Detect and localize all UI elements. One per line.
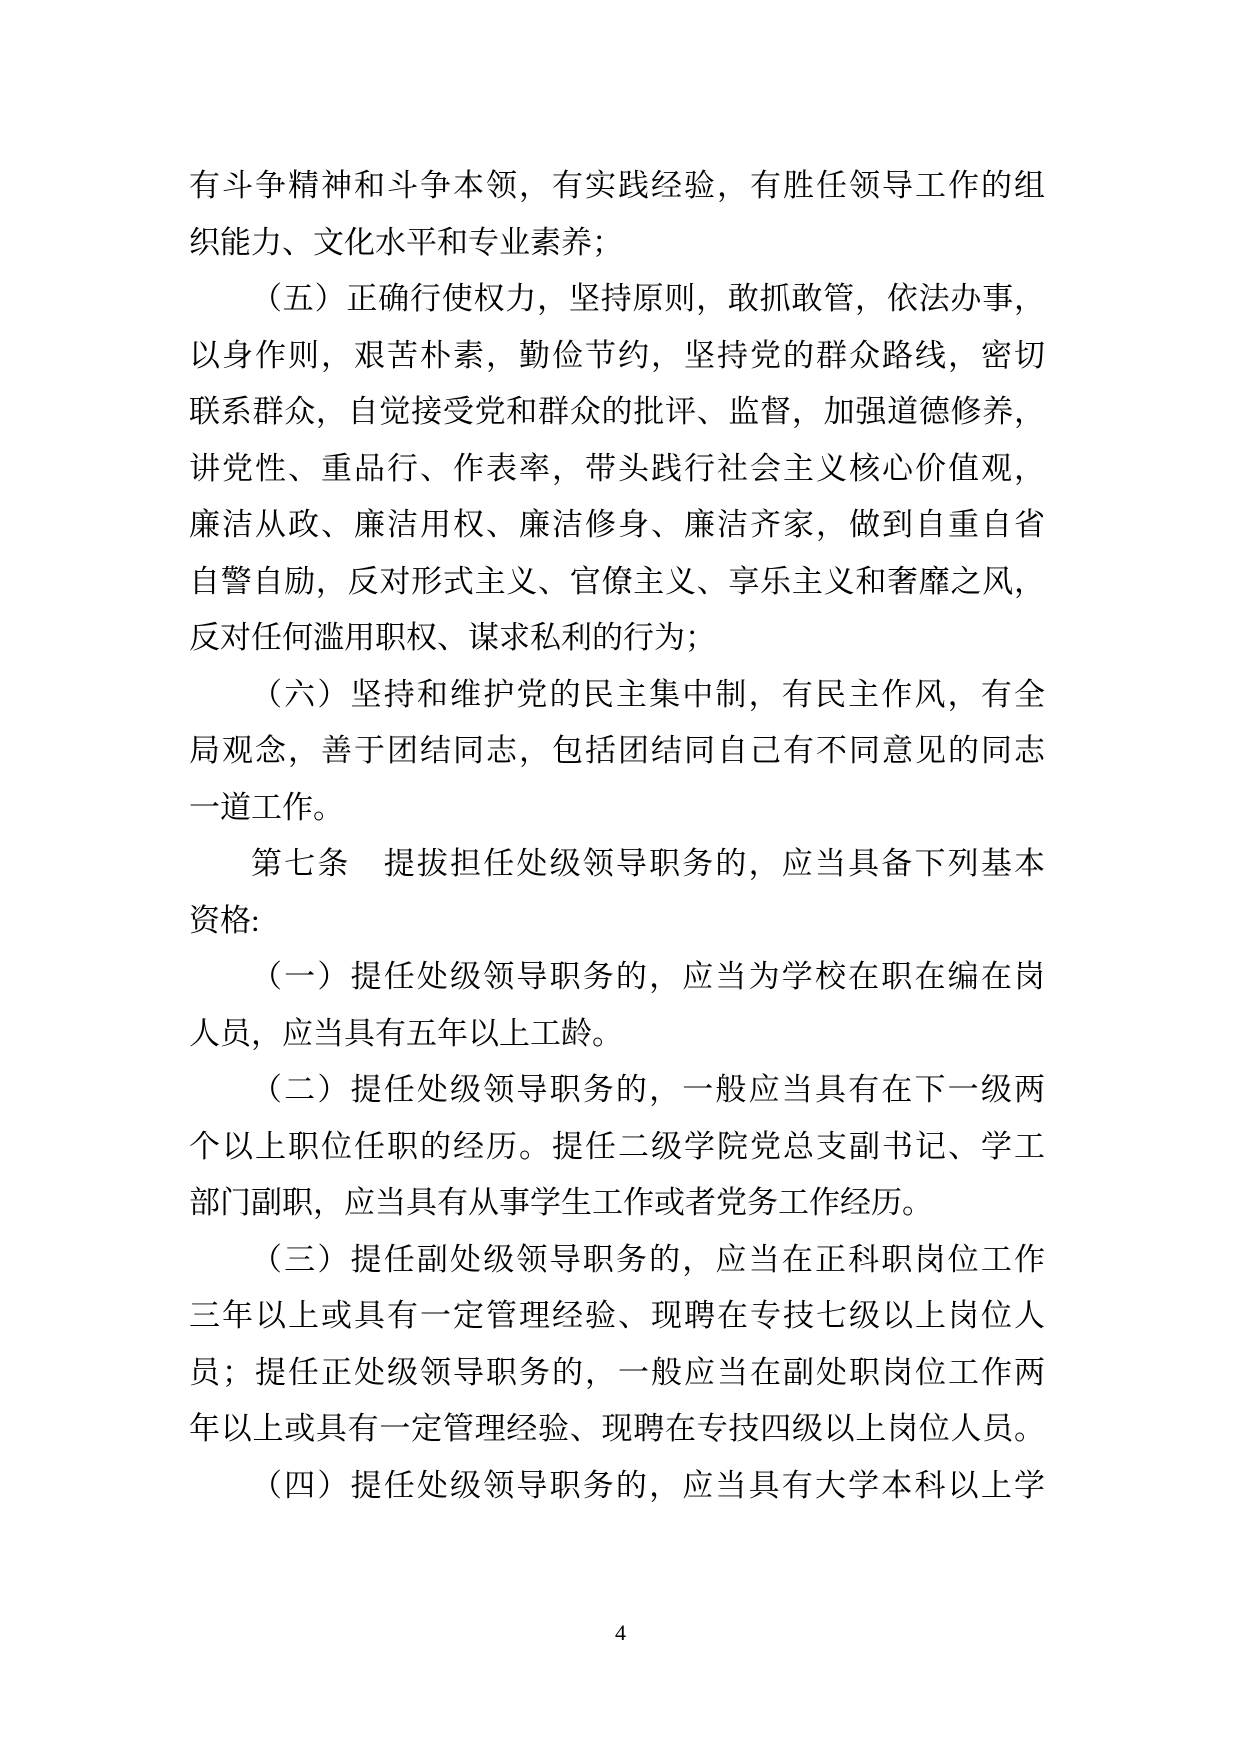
document-page: 有斗争精神和斗争本领，有实践经验，有胜任领导工作的组织能力、文化水平和专业素养；… <box>0 0 1241 1754</box>
text-line: 局观念，善于团结同志，包括团结同自己有不同意见的同志 <box>189 723 1045 780</box>
text-line: 织能力、文化水平和专业素养； <box>189 215 1045 272</box>
text-line: 员；提任正处级领导职务的，一般应当在副处职岗位工作两 <box>189 1345 1045 1402</box>
text-line: 个以上职位任职的经历。提任二级学院党总支副书记、学工 <box>189 1119 1045 1176</box>
text-line: 人员，应当具有五年以上工龄。 <box>189 1006 1045 1063</box>
text-line: 三年以上或具有一定管理经验、现聘在专技七级以上岗位人 <box>189 1288 1045 1345</box>
text-line: （二）提任处级领导职务的，一般应当具有在下一级两 <box>189 1062 1045 1119</box>
text-line: 以身作则，艰苦朴素，勤俭节约，坚持党的群众路线，密切 <box>189 328 1045 385</box>
text-line: 部门副职，应当具有从事学生工作或者党务工作经历。 <box>189 1175 1045 1232</box>
text-line: 反对任何滥用职权、谋求私利的行为； <box>189 610 1045 667</box>
text-line: 第七条 提拔担任处级领导职务的，应当具备下列基本 <box>189 836 1045 893</box>
text-line: 联系群众，自觉接受党和群众的批评、监督，加强道德修养， <box>189 384 1045 441</box>
text-line: （四）提任处级领导职务的，应当具有大学本科以上学 <box>189 1458 1045 1515</box>
text-line: （一）提任处级领导职务的，应当为学校在职在编在岗 <box>189 949 1045 1006</box>
text-line: （六）坚持和维护党的民主集中制，有民主作风，有全 <box>189 667 1045 724</box>
text-line: 讲党性、重品行、作表率，带头践行社会主义核心价值观， <box>189 441 1045 498</box>
text-line: 资格: <box>189 893 1045 950</box>
text-line: （三）提任副处级领导职务的，应当在正科职岗位工作 <box>189 1232 1045 1289</box>
text-line: 自警自励，反对形式主义、官僚主义、享乐主义和奢靡之风， <box>189 554 1045 611</box>
text-line: （五）正确行使权力，坚持原则，敢抓敢管，依法办事， <box>189 271 1045 328</box>
page-number: 4 <box>0 1620 1241 1646</box>
document-body: 有斗争精神和斗争本领，有实践经验，有胜任领导工作的组织能力、文化水平和专业素养；… <box>189 158 1045 1514</box>
text-line: 一道工作。 <box>189 780 1045 837</box>
text-line: 有斗争精神和斗争本领，有实践经验，有胜任领导工作的组 <box>189 158 1045 215</box>
text-line: 廉洁从政、廉洁用权、廉洁修身、廉洁齐家，做到自重自省 <box>189 497 1045 554</box>
text-line: 年以上或具有一定管理经验、现聘在专技四级以上岗位人员。 <box>189 1401 1045 1458</box>
